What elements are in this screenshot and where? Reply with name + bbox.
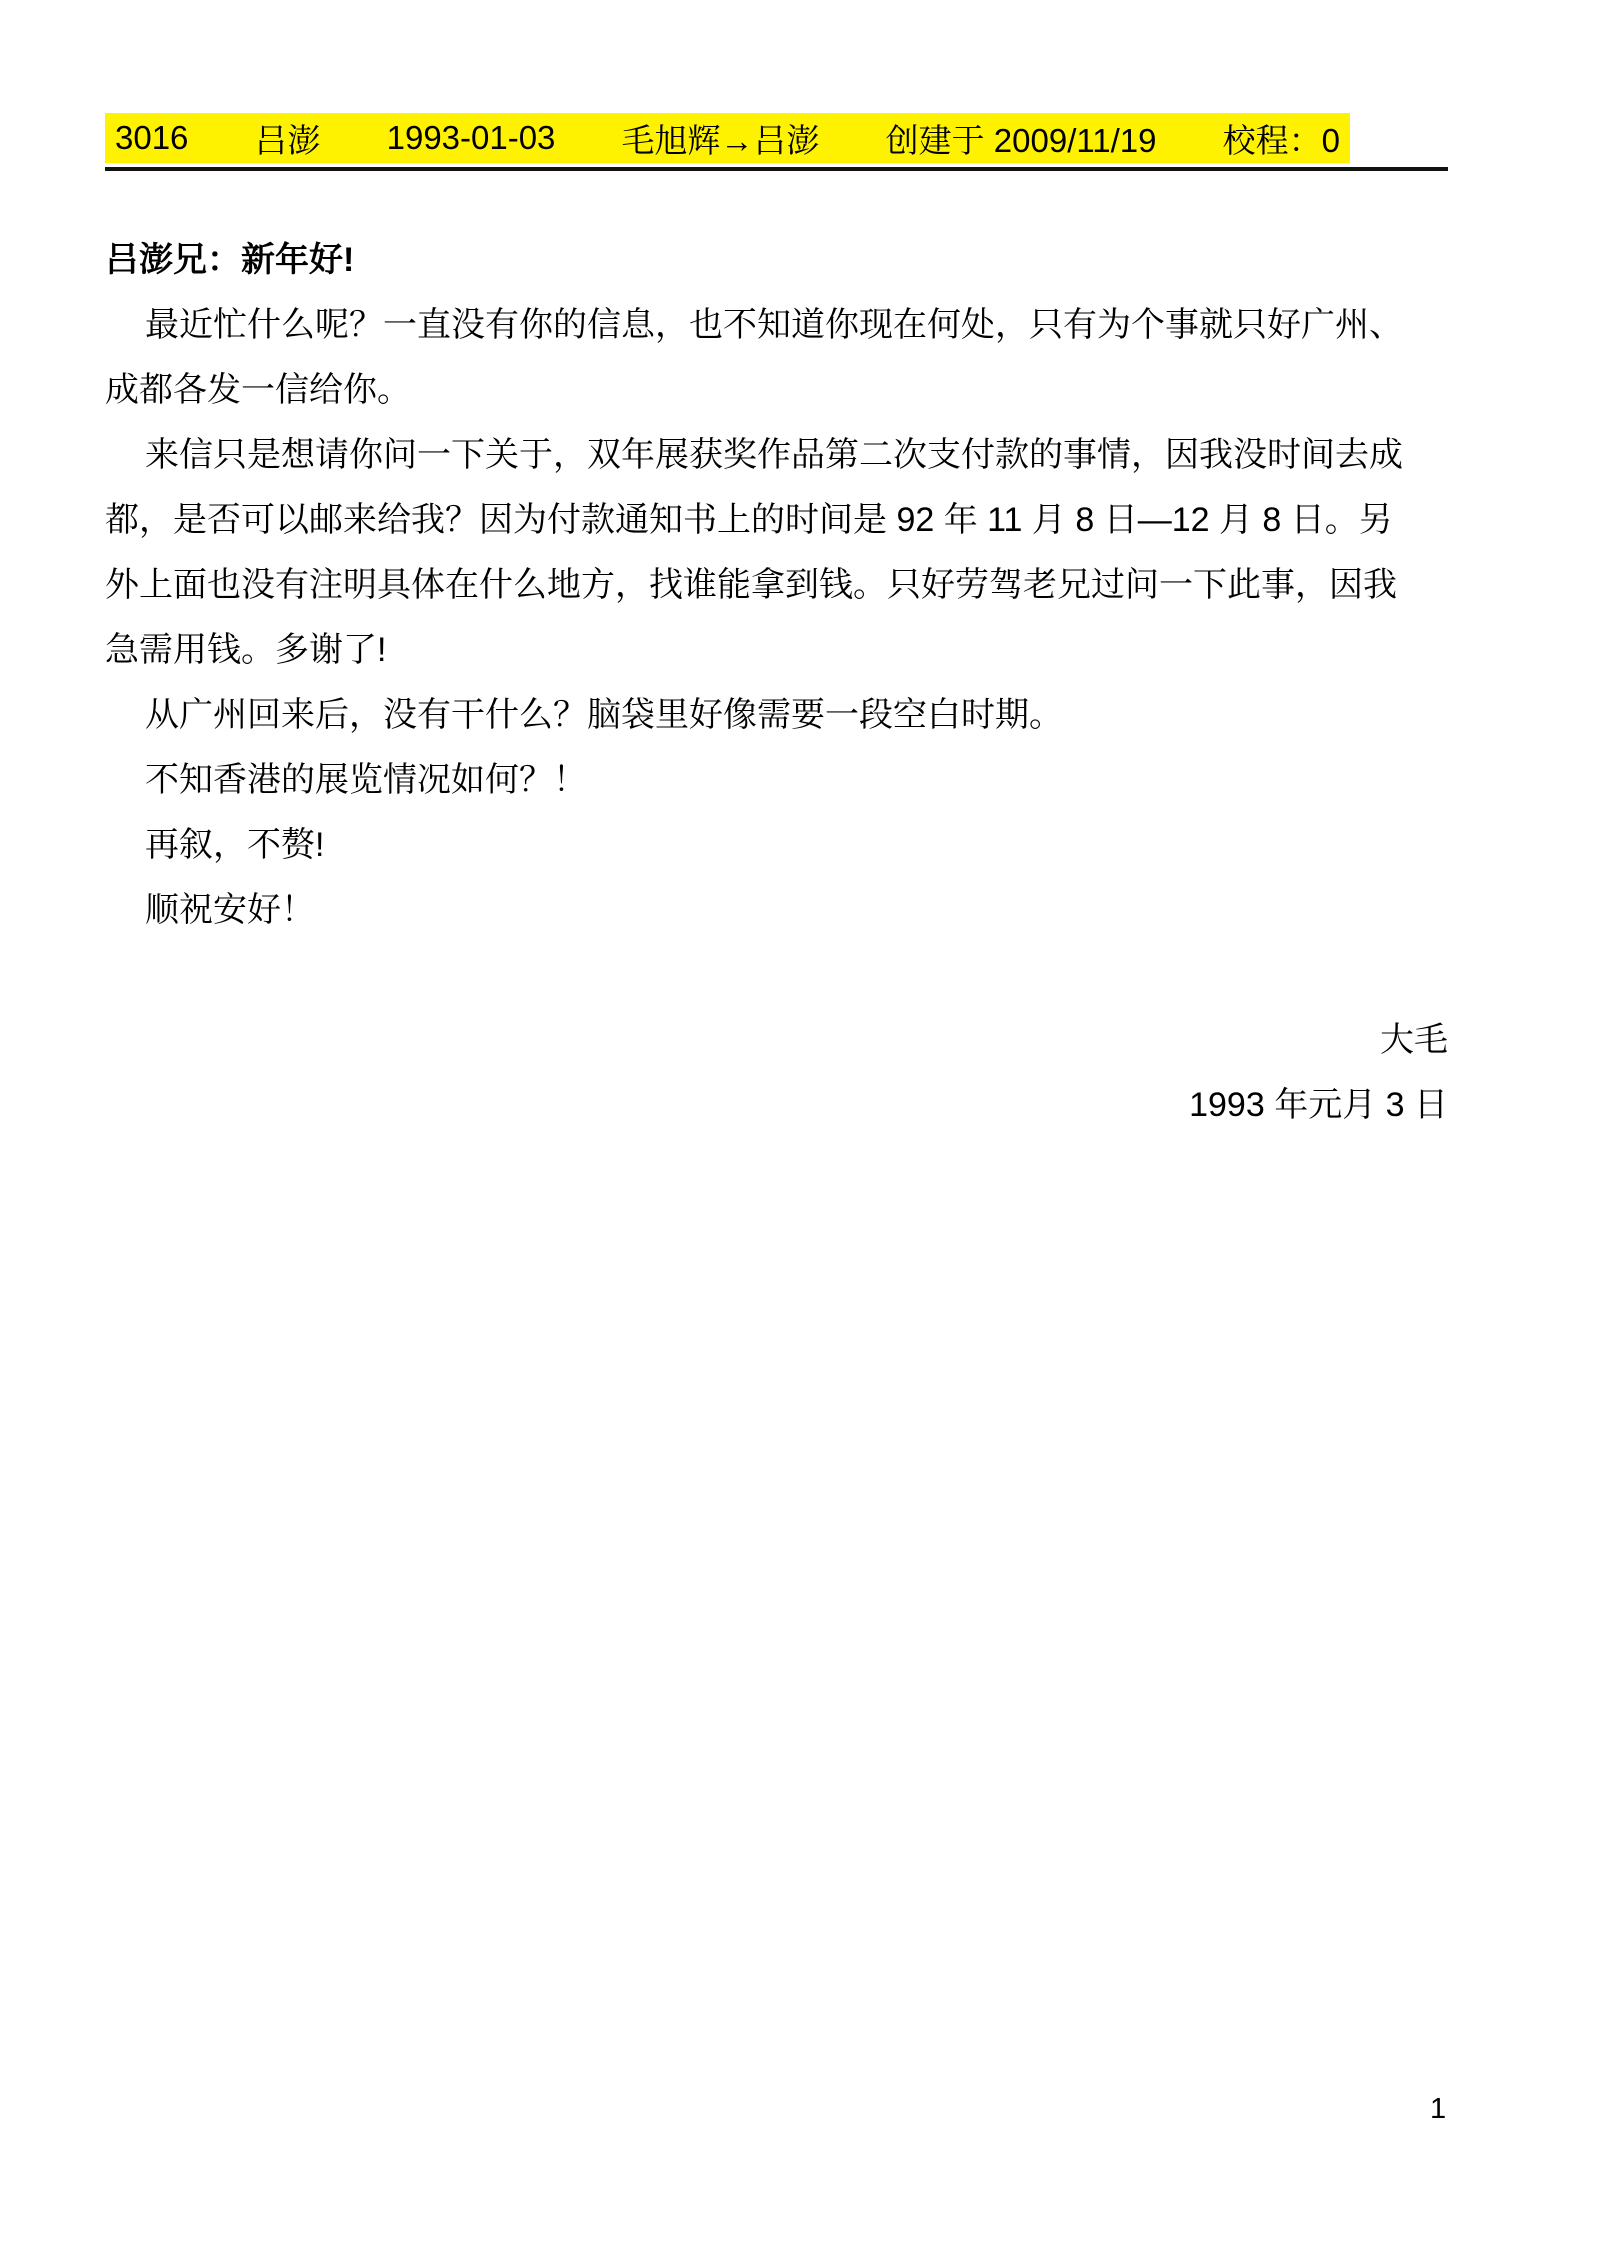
letter-line: 来信只是想请你问一下关于，双年展获奖作品第二次支付款的事情，因我没时间去成	[105, 423, 1453, 488]
document-page: 3016吕澎1993-01-03毛旭辉→吕澎创建于 2009/11/19校程：0…	[0, 0, 1600, 2263]
letter-line: 急需用钱。多谢了!	[105, 618, 1453, 683]
header-field-3: 毛旭辉→吕澎	[622, 115, 820, 162]
header-field-4: 创建于 2009/11/19	[886, 115, 1157, 162]
blank-line	[105, 943, 1453, 1008]
letter-line: 从广州回来后，没有干什么？脑袋里好像需要一段空白时期。	[105, 683, 1453, 748]
salutation-line: 吕澎兄：新年好!	[105, 228, 1453, 293]
header-divider-line	[105, 167, 1448, 171]
header-field-0: 3016	[115, 119, 188, 157]
letter-line: 都，是否可以邮来给我？因为付款通知书上的时间是 92 年 11 月 8 日—12…	[105, 488, 1453, 553]
letter-line: 最近忙什么呢？一直没有你的信息，也不知道你现在何处，只有为个事就只好广州、	[105, 293, 1453, 358]
metadata-header-bar: 3016吕澎1993-01-03毛旭辉→吕澎创建于 2009/11/19校程：0	[105, 113, 1350, 163]
header-field-1: 吕澎	[255, 115, 321, 162]
page-number: 1	[1430, 2092, 1446, 2127]
header-field-2: 1993-01-03	[387, 119, 556, 157]
letter-paragraphs: 吕澎兄：新年好!最近忙什么呢？一直没有你的信息，也不知道你现在何处，只有为个事就…	[105, 228, 1453, 943]
letter-line: 顺祝安好！	[105, 878, 1453, 943]
letter-line: 再叙，不赘!	[105, 813, 1453, 878]
letter-line: 成都各发一信给你。	[105, 358, 1453, 423]
letter-body: 吕澎兄：新年好!最近忙什么呢？一直没有你的信息，也不知道你现在何处，只有为个事就…	[105, 228, 1453, 1138]
signature-name: 大毛	[105, 1008, 1453, 1073]
header-field-5: 校程：0	[1223, 115, 1340, 162]
signature-date: 1993 年元月 3 日	[105, 1073, 1453, 1138]
letter-line: 外上面也没有注明具体在什么地方，找谁能拿到钱。只好劳驾老兄过问一下此事，因我	[105, 553, 1453, 618]
letter-line: 不知香港的展览情况如何？！	[105, 748, 1453, 813]
